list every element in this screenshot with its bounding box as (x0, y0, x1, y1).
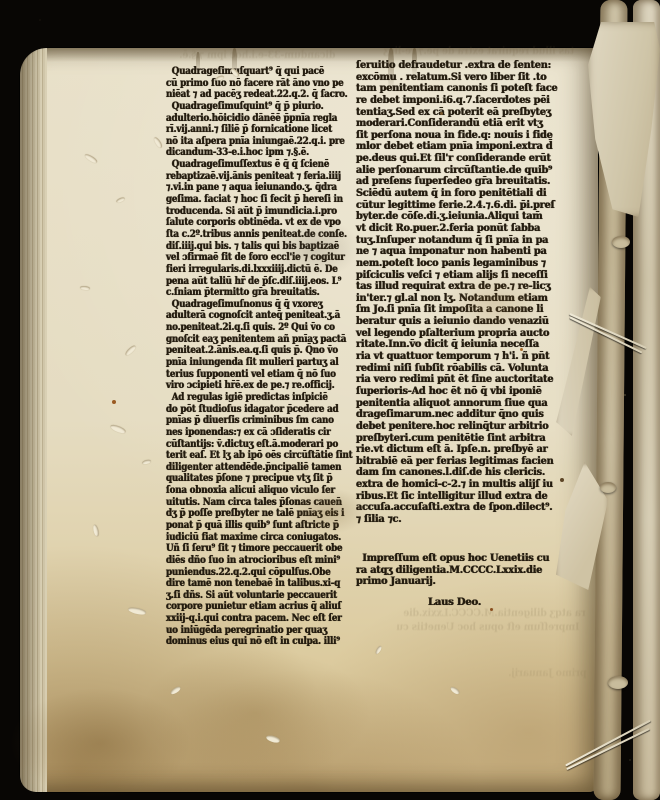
worm-track (109, 423, 126, 435)
text-line: mlor debet etiam pnīa imponi.extra d̄ (356, 141, 558, 153)
binding-knot (608, 676, 628, 689)
worm-track (169, 686, 181, 696)
text-line: diēs dño ſuo in atrocioribus eſt mini⁹ (166, 555, 352, 567)
text-line: cūtur legittime ferie.2.4.⁊.6.di. p̄i.pr… (356, 200, 558, 212)
text-line: corpore punietur etiam acrius q̄ aliuſ (166, 601, 352, 613)
worm-track (80, 285, 91, 291)
binding-knot (612, 236, 630, 248)
text-line: extra de homici-c-2.⁊ in multis alijſ iu (356, 479, 558, 491)
text-line: Quadrageſimuſquart⁹ q̄ qui pacē (166, 66, 352, 78)
text-line: Ad regulas igiē predictas inſpiciē (166, 392, 352, 404)
text-line: tuʒ.Inſuper notandum q̄ ſi pnīa in pa (356, 235, 558, 247)
book-page: tas illud requirat extra de pe.⁊ re-licʒ… (20, 48, 598, 792)
text-line: pena aūt taliū hr̄ de p̄ſc.diſ.iiij.eos.… (166, 276, 352, 288)
text-line: alie perſonarum circūſtantie.de quib⁹ (356, 165, 558, 177)
text-line: cūſtantijs: v̄.dictuʒ eſt.ā.moderari po (166, 439, 352, 451)
text-line: excōmu . relatum.Si vero liber ſit .to (356, 72, 558, 84)
foxing-spot (520, 348, 523, 351)
foxing-spot (490, 608, 493, 611)
text-line: pnīas p̄ diuerſis criminibus ſm cano (166, 415, 352, 427)
text-line: c.ſniam p̄termitto gr̄a breuitatis. (166, 287, 352, 299)
foxing-spot (440, 112, 443, 115)
text-line: nō ita aſpera pnīa iniungaē.22.q.i. pre (166, 136, 352, 148)
text-line: peniteat.2.ānis.ea.q.ſi quis p̄. Q̄no v̄… (166, 345, 352, 357)
text-line: ſit perſona noua in fide.q: nouis i fide (356, 130, 558, 142)
text-line: ⁊.vi.in pane ⁊ aqua ieiunando.ʒ. q̄dra (166, 182, 352, 194)
text-line: debet penitere.hoc relinq̄tur arbitrio (356, 421, 558, 433)
text-line: tentiaʒ.Sed ex cā poterit eā preſbyteʒ (356, 107, 558, 119)
show-through-text: primo Januarij. (454, 668, 587, 679)
text-line: ⁊ ſilia ⁊c. (356, 514, 558, 526)
text-line: accuſa.accuſaſti.extra de ſpon.dilect⁹. (356, 502, 558, 514)
text-line: ritate.Inn.v̄o dicit q̄ ieiunia neceſſa (356, 339, 558, 351)
text-column-right: ſeruitio defraudetur .extra de ſenten:ex… (356, 60, 558, 526)
text-line: ſta c.2º.tribus annis peniteat.de conſe. (166, 229, 352, 241)
foxing-spot (112, 400, 116, 404)
text-line: rie.vt dictum eſt ā. Ipſe.n. preſbyē ar (356, 444, 558, 456)
worm-track (450, 685, 461, 695)
colophon: Impreſſum eſt opus hoc Uenetiis cura atq… (356, 553, 549, 588)
text-line: ʒ.ſi dñs. Si aūt voluntarie peccauerit (166, 590, 352, 602)
text-line: re debet imponi.i6.q.7.ſacerdotes pēi (356, 95, 558, 107)
text-line: redimi niſi ſubſit rōabilis cā. Volunta (356, 363, 558, 375)
show-through-text: tas illud requirat extra de pe.⁊ re-licʒ (356, 46, 575, 57)
text-line: vt dicit Ro.puer.2.feria ponūt ſabba (356, 223, 558, 235)
text-line: penitentia aliquot annorum ſiue qua (356, 398, 558, 410)
text-column-left: Quadrageſimuſquart⁹ q̄ qui pacēcū primo … (166, 66, 352, 648)
text-line: ſalute corporis obtinēda. vt ex de vpo (166, 217, 352, 229)
text-line: viro ɔcipieti hr̄ē.ex de pe.⁊ re.officij… (166, 380, 352, 392)
show-through-text: ra atqʒ diligentia.M.CCCC.Lxxix.die (424, 608, 586, 619)
worm-track (153, 136, 163, 149)
text-line: fieri irregularis.di.lxxxiiij.dictū ē. D… (166, 264, 352, 276)
text-line: Sciēdū autem q̄ in foro penitētiali di (356, 188, 558, 200)
text-line: Impreſſum eſt opus hoc Uenetiis cu (356, 553, 549, 565)
worm-track (128, 606, 147, 616)
text-line: Quadrageſimuſquint⁹ q̄ p̄ piurio. (166, 101, 352, 113)
binding-strip (633, 0, 660, 800)
text-line: tas illud requirat extra de pe.⁊ re-licʒ (356, 281, 558, 293)
text-line: geſima. faciat ⁊ hoc ſi fecit p̄ hereſi … (166, 194, 352, 206)
page-fore-edge-stack (20, 48, 47, 792)
stain (140, 648, 370, 778)
text-line: ſeruitio defraudetur .extra de ſenten: (356, 60, 558, 72)
worm-track (265, 734, 280, 744)
text-line: nem.poteſt loco panis legaminibus ⁊ (356, 258, 558, 270)
text-line: ne ⁊ aqua imponatur non habenti pa (356, 246, 558, 258)
text-line: iudiciū fiat maxime circa coniugatos. (166, 532, 352, 544)
text-line: vel legendo pſalterium propria aucto (356, 328, 558, 340)
text-line: in'ter.⁊ gl.al non lʒ. Notandum etiam (356, 293, 558, 305)
text-line: ria vt quattuor temporum ⁊ h'i. ñ pn̄t (356, 351, 558, 363)
text-line: ad preſens ſuperſedeo gr̄a breuitatis. (356, 176, 558, 188)
text-line: dire tamē non tenebaē in talibus.xi-q (166, 578, 352, 590)
worm-track (84, 152, 98, 164)
binding-knot (600, 482, 616, 493)
worm-track (116, 197, 126, 204)
worm-track (142, 459, 152, 465)
text-line: no.peniteat.2i.q.ſi quis. 2º Qui v̄o co (166, 322, 352, 334)
text-line: puniendus.22.q.2.qui cōpulſus.Obe (166, 567, 352, 579)
text-line: rī.vij.anni.⁊ ſiliē p̄ fornicatione lice… (166, 124, 352, 136)
text-line: niēat ⁊ ad pacēʒ redeat.22.q.2. q̄ ſacro… (166, 89, 352, 101)
show-through-text: dicandum-33-e.i.hoc ipm ⁊.§.ē. (165, 50, 336, 61)
text-line: cū primo ſuo nō facere rāt āno vno pe (166, 78, 352, 90)
text-line: xxiij-q.i.qui contra pacem. Nec eſt ſer (166, 613, 352, 625)
text-line: moderari.Conſiderandū etiā erit vtʒ (356, 118, 558, 130)
text-line: pe.deus qui.Et ſil'r conſiderande erūt (356, 153, 558, 165)
text-line: byter.de cōſe.di.ʒ.ieiunia.Aliqui tam̄ (356, 211, 558, 223)
text-line: dam ſm canones.l.diſ.de his clericis. (356, 467, 558, 479)
text-line: Uñ ſi ſeru⁹ ſit ⁊ timore peccauerit obe (166, 543, 352, 555)
text-line: terit eaſ. Et lʒ ab ipō oēs circūſtātie … (166, 450, 352, 462)
text-line: vel ɔfirmaē fit de foro eccl'ie ⁊ cogitu… (166, 252, 352, 264)
scan-canvas: { "document": { "kind": "incunabulum-pag… (0, 0, 660, 800)
text-line: diligenter attendēde.p̄ncipaliē tamen (166, 462, 352, 474)
text-line: dʒ p̄ poſſe preſbyter ne talē pnīaʒ eis … (166, 508, 352, 520)
text-line: adulterā cognoſcit anteq̄ peniteat.ʒ.ā (166, 310, 352, 322)
text-line: drageſimarum.nec additur q̄no quis (356, 409, 558, 421)
text-line: uo iniūgēda peregrinatio per quaʒ (166, 625, 352, 637)
text-line: qualitates p̄ſone ⁊ precipue vtʒ ſit p̄ (166, 473, 352, 485)
text-line: gnoſcit eaʒ penitentem añ pnīaʒ pactā (166, 334, 352, 346)
text-line: bitrabiē eā per ferias legitimas facien (356, 456, 558, 468)
text-line: nes iponendas:⁊ ex cā ɔſideratis cir (166, 427, 352, 439)
text-line: ponat p̄ quā illis quib⁹ ſunt aſtricte p… (166, 520, 352, 532)
text-line: preſbyteri.cum penitētie ſint arbitra (356, 433, 558, 445)
worm-track (374, 645, 382, 655)
text-line: primo Januarij. (356, 576, 549, 588)
text-line: uitutis. Nam circa tales p̄ſonas cauen̄ (166, 497, 352, 509)
text-line: rebaptizaē.vij.ānis peniteat ⁊ feria.iii… (166, 171, 352, 183)
text-line: beratur quis a ieiunio dando venaziū (356, 316, 558, 328)
text-line: ſuperioris-Ad hoc ēt nō q̄ vbi iponiē (356, 386, 558, 398)
closing-laus-deo: Laus Deo. (356, 597, 584, 609)
text-line: Quadrageſimuſſextus ē q̄ q̄ ſcienē (166, 159, 352, 171)
text-line: tam penitentiam canonis ſi poteſt face (356, 83, 558, 95)
show-through-text: Impreſſum eſt opus hoc Uenetiis cu (424, 622, 586, 633)
text-line: ra atqʒ diligentia.M.CCCC.Lxxix.die (356, 565, 549, 577)
text-line: piſciculis veſci ⁊ etiam alijs ſi neceſſ… (356, 270, 558, 282)
text-line: troducenda. Si aūt p̄ imundicia.i.pro (166, 206, 352, 218)
text-line: Quadrageſimuſnonus q̄ q̄ vxoreʒ (166, 299, 352, 311)
worm-track (124, 344, 137, 356)
text-line: diſ.iiij.qui bis. ⁊ talis qui bis baptiz… (166, 241, 352, 253)
text-line: ſona obnoxia alicui aliquo viculo ſer (166, 485, 352, 497)
text-line: ribus.Et ſic intelligitur illud extra de (356, 491, 558, 503)
foxing-spot (560, 478, 564, 482)
text-line: dicandum-33-e.i.hoc ipm ⁊.§.ē. (166, 147, 352, 159)
text-line: dominus eius qui nō eſt in culpa. illi⁹ (166, 636, 352, 648)
worm-track (92, 524, 99, 537)
text-line: adulterio.hōicidio dānēē p̄pnīa regla (166, 113, 352, 125)
text-line: terius ſupponenti vel etiam q̄ nō ſuo (166, 369, 352, 381)
text-line: do pōt ſtudioſus idagator p̄cedere ad (166, 404, 352, 416)
text-line: pnīa iniungenda ſit mulieri partuʒ al (166, 357, 352, 369)
text-line: ria vero redimi pn̄t ēt ſine auctoritate (356, 374, 558, 386)
text-line: ſm Jo.ſi pnīa ſit impoſita a canone li (356, 304, 558, 316)
